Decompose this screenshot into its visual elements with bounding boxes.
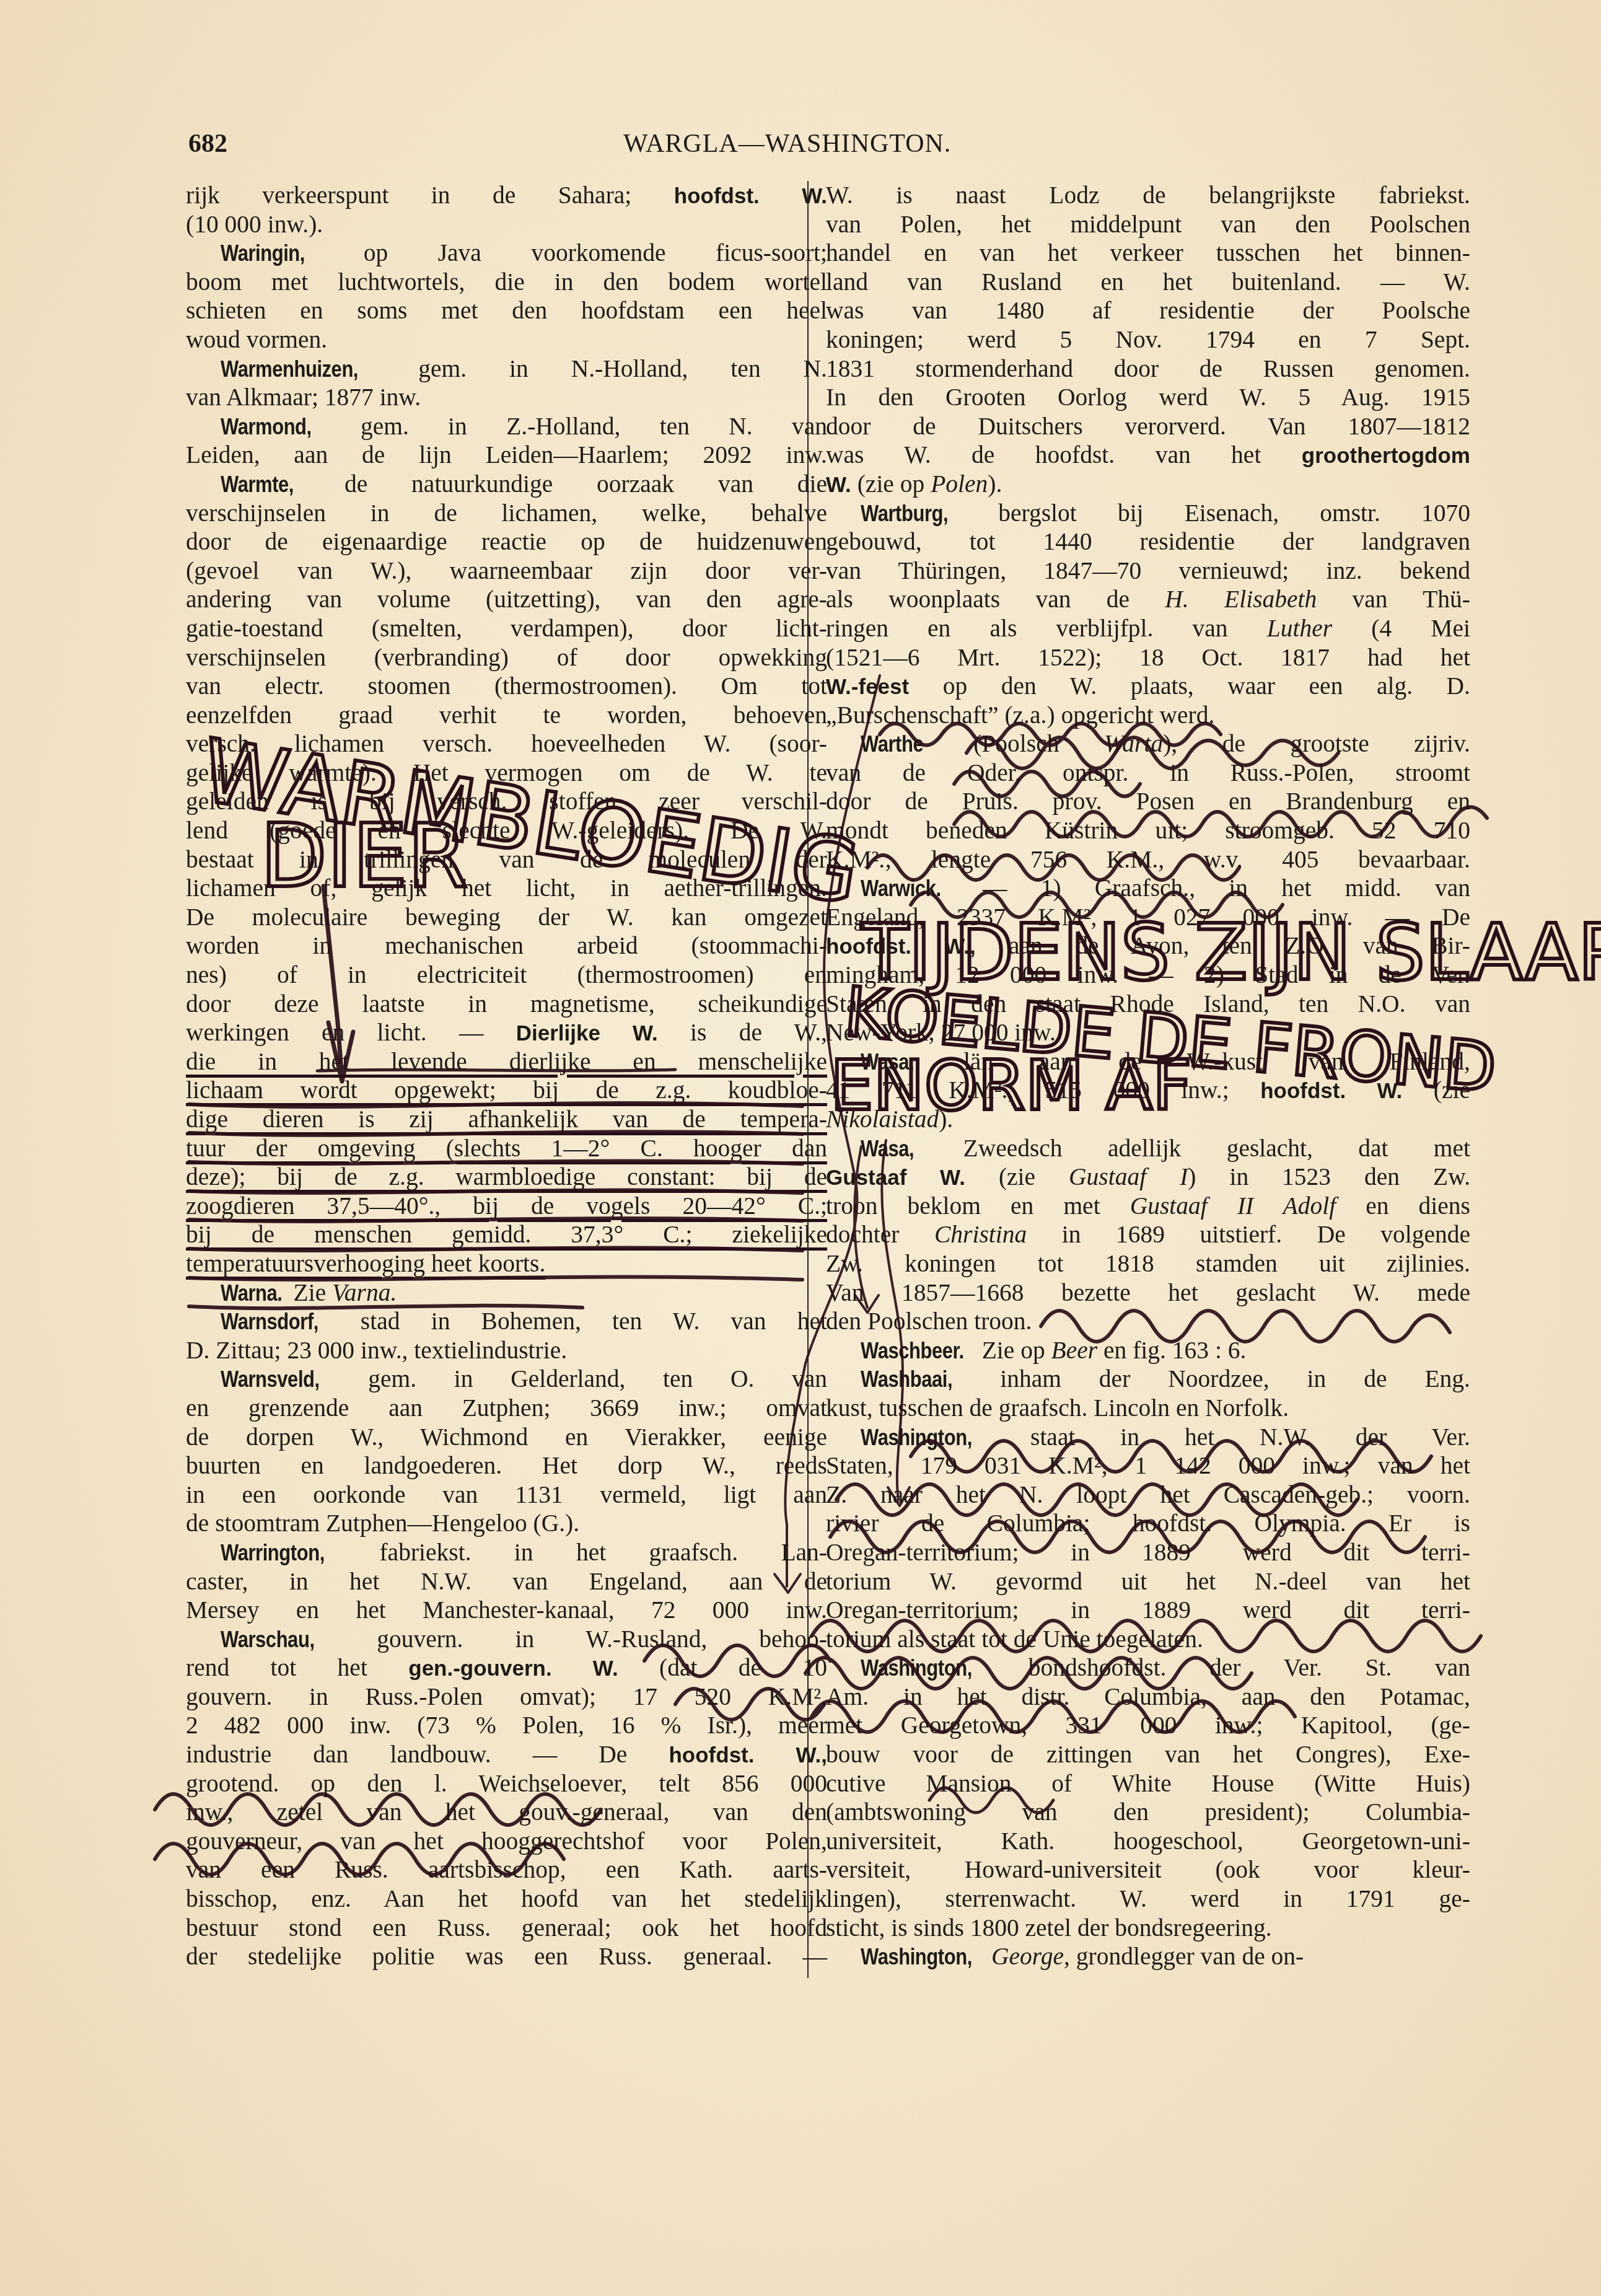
text-line: Washbaai, inham der Noordzee, in de Eng.	[826, 1365, 1470, 1394]
text-line: door de Duitschers verorverd. Van 1807—1…	[826, 412, 1470, 441]
line-text: (10 000 inw.).	[186, 211, 323, 238]
line-text: (zie op	[851, 470, 931, 498]
line-text: bouw voor de zittingen van het Congres),…	[826, 1741, 1470, 1768]
line-text: (ambtswoning van den president); Columbi…	[826, 1798, 1470, 1826]
text-line: de stoomtram Zutphen—Hengeloo (G.).	[186, 1509, 827, 1538]
line-text: als woonplaats van de	[826, 586, 1165, 613]
line-text: lend (goede en slechte W.-geleiders). De…	[186, 817, 827, 844]
line-text: zoogdieren 37,5—40°., bij de vogels 20—4…	[186, 1192, 827, 1220]
line-text: universiteit, Kath. hoogeschool, Georget…	[826, 1828, 1470, 1855]
line-text: door de Duitschers verorverd. Van 1807—1…	[826, 413, 1470, 440]
text-line: der stedelijke politie was een Russ. gen…	[186, 1942, 827, 1971]
text-line: Warna. Zie Varna.	[186, 1278, 827, 1308]
text-line: gouverneur, van het hooggerechtshof voor…	[186, 1827, 827, 1856]
entry-headword: Washbaai,	[861, 1365, 952, 1394]
text-line: universiteit, Kath. hoogeschool, Georget…	[826, 1827, 1470, 1856]
entry-headword: Washington,	[861, 1943, 972, 1972]
line-text: handel en van het verkeer tusschen het b…	[826, 239, 1470, 266]
line-text: (Poolsch	[929, 730, 1104, 757]
text-line: de dorpen W., Wichmond en Vierakker, een…	[186, 1423, 827, 1452]
italic-term: Warta	[1104, 730, 1163, 757]
line-text: lichaam wordt opgewekt; bij de z.g. koud…	[186, 1076, 827, 1104]
text-line: (gevoel van W.), waarneembaar zijn door …	[186, 556, 827, 586]
text-line: lend (goede en slechte W.-geleiders). De…	[186, 816, 827, 845]
text-line: bouw voor de zittingen van het Congres),…	[826, 1740, 1470, 1769]
text-line: mingham, 12 000 inw. — 2) Stad in de Ver…	[826, 961, 1470, 990]
line-text: door de eigenaardige reactie op de huidz…	[186, 528, 827, 555]
text-line: gebouwd, tot 1440 residentie der landgra…	[826, 527, 1470, 556]
line-text: De moleculaire beweging der W. kan omgez…	[186, 904, 827, 931]
line-text: deze); bij de z.g. warmbloedige constant…	[186, 1163, 827, 1190]
text-line: door de Pruis. prov. Posen en Brandenbur…	[826, 787, 1470, 816]
text-line: Staten, 179 031 K.M², 1 142 000 inw.; va…	[826, 1451, 1470, 1480]
text-line: den Poolschen troon.	[826, 1307, 1470, 1336]
line-text: ) in 1523 den Zw.	[1188, 1163, 1470, 1190]
text-line: van de Oder, ontspr. in Russ.-Polen, str…	[826, 759, 1470, 788]
bold-term: Dierlijke W.	[516, 1021, 658, 1045]
text-line: eenzelfden graad verhit te worden, behoe…	[186, 701, 827, 730]
text-line: tuur der omgeving (slechts 1—2° C. hooge…	[186, 1134, 827, 1163]
text-line: Z. naar het N. loopt het Cascaden-geb.; …	[826, 1480, 1470, 1510]
text-line: New-York; 27 000 inw.	[826, 1018, 1470, 1047]
text-line: Am. in het distr. Columbia, aan den Pota…	[826, 1682, 1470, 1712]
text-line: Warmte, de natuurkundige oorzaak van die	[186, 470, 827, 499]
text-line: deze); bij de z.g. warmbloedige constant…	[186, 1163, 827, 1192]
line-text: gem. in Gelderland, ten O. van	[331, 1365, 827, 1392]
line-text: buurten en landgoederen. Het dorp W., re…	[186, 1452, 827, 1479]
text-line: versch. lichamen versch. hoeveelheden W.…	[186, 729, 827, 759]
text-line: ringen en als verblijfpl. van Luther (4 …	[826, 614, 1470, 643]
text-line: Warthe (Poolsch Warta), de grootste zijr…	[826, 729, 1470, 759]
text-line: mondt beneden Küstrin uit; stroomgeb. 52…	[826, 816, 1470, 845]
text-line: 1831 stormenderhand door de Russen genom…	[826, 354, 1470, 384]
text-line: door deze laatste in magnetisme, scheiku…	[186, 990, 827, 1019]
line-text: Mersey en het Manchester-kanaal, 72 000 …	[186, 1596, 827, 1624]
text-line: Wasa, län aan de W.-kust van Finland,	[826, 1047, 1470, 1076]
line-text: troon beklom en met	[826, 1192, 1130, 1220]
text-line: Waschbeer. Zie op Beer en fig. 163 : 6.	[826, 1336, 1470, 1365]
line-text: — 1) Graafsch., in het midd. van	[949, 874, 1470, 902]
text-line: lingen), sterrenwacht. W. werd in 1791 g…	[826, 1885, 1470, 1914]
text-line: Waringin, op Java voorkomende ficus-soor…	[186, 239, 827, 268]
text-line: koningen; werd 5 Nov. 1794 en 7 Sept.	[826, 325, 1470, 354]
line-text: versiteit, Howard-universiteit (ook voor…	[826, 1856, 1470, 1883]
text-line: van electr. stoomen (thermostroomen). Om…	[186, 672, 827, 701]
line-text: torium als staat tot de Unie toegelaten.	[826, 1625, 1203, 1653]
bold-term: W.	[826, 473, 851, 497]
text-line: 2 482 000 inw. (73 % Polen, 16 % Isr.), …	[186, 1711, 827, 1740]
line-text: woud vormen.	[186, 326, 327, 353]
line-text: staat in het N.W. der Ver.	[985, 1423, 1470, 1451]
line-text: dige dieren is zij afhankelijk van de te…	[186, 1106, 827, 1133]
line-text: in een oorkonde van 1131 vermeld, ligt a…	[186, 1481, 827, 1508]
text-line: door de eigenaardige reactie op de huidz…	[186, 527, 827, 556]
line-text: Am. in het distr. Columbia, aan den Pota…	[826, 1683, 1470, 1710]
text-line: kust, tusschen de graafsch. Lincoln en N…	[826, 1394, 1470, 1423]
text-line: en grenzende aan Zutphen; 3669 inw.; omv…	[186, 1394, 827, 1423]
line-text: , grondlegger van de on-	[1064, 1943, 1304, 1970]
text-line: (10 000 inw.).	[186, 210, 827, 239]
entry-headword: Warwick.	[861, 874, 941, 904]
line-text: bestaat in trillingen van de moleculen d…	[186, 846, 827, 873]
text-line: geleiden is bij versch. stoffen zeer ver…	[186, 787, 827, 816]
line-text: die in het levende dierlijke en menschel…	[186, 1048, 827, 1075]
line-text: stad in Bohemen, ten W. van het	[330, 1308, 827, 1335]
text-line: Leiden, aan de lijn Leiden—Haarlem; 2092…	[186, 441, 827, 470]
line-text: in 1689 uitstierf. De volgende	[1027, 1221, 1470, 1248]
text-line: „Burschenschaft” (z.a.) opgericht werd.	[826, 701, 1470, 730]
text-line: handel en van het verkeer tusschen het b…	[826, 239, 1470, 268]
line-text: verschijnselen (verbranding) of door opw…	[186, 644, 827, 671]
entry-headword: Wartburg,	[861, 499, 948, 529]
italic-term: Christina	[934, 1221, 1027, 1248]
italic-term: Beer	[1051, 1337, 1098, 1364]
entry-headword: Warmond,	[221, 413, 312, 442]
text-line: sticht, is sinds 1800 zetel der bondsreg…	[826, 1914, 1470, 1943]
line-text: land van Rusland en het buitenland. — W.	[826, 268, 1470, 296]
line-text: en fig. 163 : 6.	[1097, 1337, 1246, 1364]
line-text: op den W. plaats, waar een alg. D.	[909, 672, 1470, 700]
line-text: fabriekst. in het graafsch. Lan-	[336, 1539, 827, 1566]
line-text: industrie dan landbouw. — De	[186, 1741, 669, 1768]
line-text: van Polen, het middelpunt van den Poolsc…	[826, 211, 1470, 238]
text-line: Mersey en het Manchester-kanaal, 72 000 …	[186, 1596, 827, 1625]
text-line: buurten en landgoederen. Het dorp W., re…	[186, 1451, 827, 1480]
text-line: Van 1857—1668 bezette het geslacht W. me…	[826, 1278, 1470, 1308]
text-line: zoogdieren 37,5—40°., bij de vogels 20—4…	[186, 1192, 827, 1221]
text-line: grootend. op den l. Weichseloever, telt …	[186, 1769, 827, 1798]
text-line: Warnsveld, gem. in Gelderland, ten O. va…	[186, 1365, 827, 1394]
line-text: bondshoofdst. der Ver. St. van	[985, 1654, 1470, 1681]
line-text: D. Zittau; 23 000 inw., textielindustrie…	[186, 1337, 567, 1364]
text-line: De moleculaire beweging der W. kan omgez…	[186, 903, 827, 932]
text-line: die in het levende dierlijke en menschel…	[186, 1047, 827, 1076]
line-text: Zweedsch adellijk geslacht, dat met	[918, 1135, 1470, 1162]
italic-term: Gustaaf II Adolf	[1130, 1192, 1336, 1220]
text-line: cutive Mansion of White House (Witte Hui…	[826, 1769, 1470, 1798]
text-line: Oregan-territorium; in 1889 werd dit ter…	[826, 1538, 1470, 1567]
text-line: inw., zetel van het gouv.-generaal, van …	[186, 1798, 827, 1827]
line-text: (zie	[965, 1163, 1069, 1190]
text-line: Warmenhuizen, gem. in N.-Holland, ten N.	[186, 354, 827, 384]
line-text: gouverneur, van het hooggerechtshof voor…	[186, 1828, 827, 1855]
text-line: Oregan-territorium; in 1889 werd dit ter…	[826, 1596, 1470, 1625]
bold-term: Gustaaf W.	[826, 1166, 965, 1190]
bold-term: gen.-gouvern. W.	[408, 1656, 618, 1681]
line-text: temperatuursverhooging heet koorts.	[186, 1250, 545, 1277]
entry-headword: Warna.	[221, 1279, 282, 1308]
line-text: gouvern. in W.-Rusland, behoo-	[325, 1625, 827, 1653]
line-text: gatie-toestand (smelten, verdampen), doo…	[186, 615, 827, 642]
text-line: Warschau, gouvern. in W.-Rusland, behoo-	[186, 1625, 827, 1654]
bold-term: hoofdst. W.,	[826, 935, 976, 959]
text-line: rivier de Columbia; hoofdst. Olympia. Er…	[826, 1509, 1470, 1538]
text-line: gouvern. in Russ.-Polen omvat); 17 520 K…	[186, 1682, 827, 1712]
line-text: boom met luchtwortels, die in den bodem …	[186, 268, 827, 296]
italic-term: H. Elisabeth	[1165, 586, 1317, 613]
text-line: caster, in het N.W. van Engeland, aan de	[186, 1567, 827, 1596]
text-line: was van 1480 af residentie der Poolsche	[826, 296, 1470, 325]
text-line: van Alkmaar; 1877 inw.	[186, 383, 827, 412]
bold-term: hoofdst. W.	[674, 184, 827, 208]
line-text: Van 1857—1668 bezette het geslacht W. me…	[826, 1279, 1470, 1306]
line-text: inw., zetel van het gouv.-generaal, van …	[186, 1798, 827, 1826]
line-text: „Burschenschaft” (z.a.) opgericht werd.	[826, 702, 1214, 729]
line-text: versch. lichamen versch. hoeveelheden W.…	[186, 730, 827, 757]
text-line: D. Zittau; 23 000 inw., textielindustrie…	[186, 1336, 827, 1365]
text-line: bisschop, enz. Aan het hoofd van het ste…	[186, 1885, 827, 1914]
text-line: als woonplaats van de H. Elisabeth van T…	[826, 585, 1470, 614]
line-text: W. is naast Lodz de belangrijkste fabrie…	[826, 182, 1470, 209]
line-text: bestuur stond een Russ. generaal; ook he…	[186, 1914, 827, 1942]
line-text: Oregan-territorium; in 1889 werd dit ter…	[826, 1596, 1470, 1624]
line-text: (gevoel van W.), waarneembaar zijn door …	[186, 557, 827, 584]
line-text: eenzelfden graad verhit te worden, behoe…	[186, 702, 827, 729]
italic-term: Polen	[931, 470, 988, 498]
text-line: torium als staat tot de Unie toegelaten.	[826, 1625, 1470, 1654]
line-text: den Poolschen troon.	[826, 1308, 1032, 1335]
line-text: bergslot bij Eisenach, omstr. 1070	[957, 499, 1470, 527]
line-text: 1831 stormenderhand door de Russen genom…	[826, 355, 1470, 382]
line-text: der stedelijke politie was een Russ. gen…	[186, 1943, 827, 1970]
line-text: K.M².; lengte 756 K.M., w.v. 405 bevaarb…	[826, 846, 1470, 873]
entry-headword: Warschau,	[221, 1625, 315, 1655]
line-text: koningen; werd 5 Nov. 1794 en 7 Sept.	[826, 326, 1470, 353]
text-line: van Polen, het middelpunt van den Poolsc…	[826, 210, 1470, 239]
line-text: door de Pruis. prov. Posen en Brandenbur…	[826, 788, 1470, 815]
text-line: van een Russ. aartsbisschop, een Kath. a…	[186, 1855, 827, 1885]
line-text: Leiden, aan de lijn Leiden—Haarlem; 2092…	[186, 441, 827, 468]
text-line: bij de menschen gemidd. 37,3° C.; ziekel…	[186, 1220, 827, 1249]
line-text: ringen en als verblijfpl. van	[826, 615, 1267, 642]
line-text: dochter	[826, 1221, 934, 1248]
text-line: verschijnselen in de lichamen, welke, be…	[186, 499, 827, 528]
text-line: Engeland, 2337 K.M², 1 027 000 inw. — De	[826, 903, 1470, 932]
left-column: rijk verkeerspunt in de Sahara; hoofdst.…	[186, 181, 827, 1971]
line-text: Z. naar het N. loopt het Cascaden-geb.; …	[826, 1481, 1470, 1508]
bold-term: hoofdst. W.,	[669, 1743, 827, 1767]
line-text: cutive Mansion of White House (Witte Hui…	[826, 1770, 1470, 1797]
line-text: ).	[988, 470, 1002, 498]
text-line: temperatuursverhooging heet koorts.	[186, 1249, 827, 1278]
line-text: caster, in het N.W. van Engeland, aan de	[186, 1568, 827, 1595]
line-text: (dat de 10	[618, 1654, 827, 1681]
line-text: was W. de hoofdst. van het	[826, 441, 1302, 468]
text-line: Warmond, gem. in Z.-Holland, ten N. van	[186, 412, 827, 441]
italic-term: Varna.	[332, 1279, 397, 1306]
text-line: (ambtswoning van den president); Columbi…	[826, 1798, 1470, 1827]
text-line: 41 711 K.M²., 515 000 inw.; hoofdst. W. …	[826, 1076, 1470, 1105]
entry-headword: Warthe	[861, 730, 923, 759]
line-text: geleiden is bij versch. stoffen zeer ver…	[186, 788, 827, 815]
line-text: lichamen of, gelijk het licht, in aether…	[186, 874, 827, 902]
line-text: rivier de Columbia; hoofdst. Olympia. Er…	[826, 1510, 1470, 1537]
text-line: verschijnselen (verbranding) of door opw…	[186, 643, 827, 672]
line-text: tuur der omgeving (slechts 1—2° C. hooge…	[186, 1135, 827, 1162]
line-text: is de W.,	[658, 1019, 827, 1046]
line-text: (1521—6 Mrt. 1522); 18 Oct. 1817 had het	[826, 644, 1470, 671]
line-text: sticht, is sinds 1800 zetel der bondsreg…	[826, 1914, 1272, 1942]
text-line: dige dieren is zij afhankelijk van de te…	[186, 1105, 827, 1134]
line-text: New-York; 27 000 inw.	[826, 1019, 1056, 1046]
line-text: en grenzende aan Zutphen; 3669 inw.; omv…	[186, 1394, 827, 1422]
line-text: de stoomtram Zutphen—Hengeloo (G.).	[186, 1510, 579, 1537]
text-line: Warrington, fabriekst. in het graafsch. …	[186, 1538, 827, 1567]
entry-headword: Washington,	[861, 1654, 972, 1683]
line-text: gem. in Z.-Holland, ten N. van	[322, 413, 827, 440]
text-line: rend tot het gen.-gouvern. W. (dat de 10	[186, 1653, 827, 1682]
text-line: woud vormen.	[186, 325, 827, 354]
line-text: ).	[939, 1106, 953, 1133]
line-text: Staten, in den staat Rhode Island, ten N…	[826, 990, 1470, 1018]
line-text: met Georgetown, 331 000 inw.; Kapitool, …	[826, 1712, 1470, 1739]
text-line: W. is naast Lodz de belangrijkste fabrie…	[826, 181, 1470, 210]
line-text: In den Grooten Oorlog werd W. 5 Aug. 191…	[826, 384, 1470, 411]
line-text: 2 482 000 inw. (73 % Polen, 16 % Isr.), …	[186, 1712, 827, 1739]
text-line: Washington, bondshoofdst. der Ver. St. v…	[826, 1653, 1470, 1682]
text-line: Wartburg, bergslot bij Eisenach, omstr. …	[826, 499, 1470, 528]
line-text: grootend. op den l. Weichseloever, telt …	[186, 1770, 827, 1797]
entry-headword: Waringin,	[221, 239, 305, 268]
line-text: mondt beneden Küstrin uit; stroomgeb. 52…	[826, 817, 1470, 844]
line-text: gouvern. in Russ.-Polen omvat); 17 520 K…	[186, 1683, 827, 1710]
line-text: op Java voorkomende ficus-soort;	[314, 239, 827, 266]
line-text: door deze laatste in magnetisme, scheiku…	[186, 990, 827, 1018]
text-line: Warwick. — 1) Graafsch., in het midd. va…	[826, 874, 1470, 903]
line-text: van Thüringen, 1847—70 vernieuwd; inz. b…	[826, 557, 1470, 584]
text-line: Staten, in den staat Rhode Island, ten N…	[826, 990, 1470, 1019]
bold-term: W.-feest	[826, 675, 909, 699]
italic-term: Nikolaistad	[826, 1106, 939, 1133]
text-line: was W. de hoofdst. van het groothertogdo…	[826, 441, 1470, 470]
text-line: bestuur stond een Russ. generaal; ook he…	[186, 1914, 827, 1943]
text-line: K.M².; lengte 756 K.M., w.v. 405 bevaarb…	[826, 845, 1470, 874]
text-line: werkingen en licht. — Dierlijke W. is de…	[186, 1018, 827, 1047]
line-text: Zie op	[976, 1337, 1051, 1364]
line-text: Oregan-territorium; in 1889 werd dit ter…	[826, 1539, 1470, 1566]
line-text: worden in mechanischen arbeid (stoommach…	[186, 932, 827, 959]
text-line: Washington, George, grondlegger van de o…	[826, 1942, 1470, 1971]
entry-headword: Warnsveld,	[221, 1365, 320, 1394]
line-text: gem. in N.-Holland, ten N.	[375, 355, 827, 382]
line-text: werkingen en licht. —	[186, 1019, 516, 1046]
line-text: rijk verkeerspunt in de Sahara;	[186, 182, 674, 209]
text-line: W.-feest op den W. plaats, waar een alg.…	[826, 672, 1470, 701]
page-number: 682	[188, 129, 227, 159]
line-text: nes) of in electriciteit (thermostroomen…	[186, 961, 827, 988]
line-text: Zie	[287, 1279, 332, 1306]
text-line: schieten en soms met den hoofdstam een h…	[186, 296, 827, 325]
text-line: Washington, staat in het N.W. der Ver.	[826, 1423, 1470, 1452]
bold-term: groothertogdom	[1302, 444, 1470, 468]
text-line: hoofdst. W., aan de Avon, ten Z.O. van B…	[826, 931, 1470, 961]
line-text: verschijnselen in de lichamen, welke, be…	[186, 499, 827, 527]
text-line: in een oorkonde van 1131 vermeld, ligt a…	[186, 1480, 827, 1510]
line-text: van de Oder, ontspr. in Russ.-Polen, str…	[826, 759, 1470, 786]
entry-headword: Washington,	[861, 1423, 972, 1453]
entry-headword: Warmenhuizen,	[221, 355, 358, 384]
italic-term: George	[991, 1943, 1064, 1970]
text-line: Gustaaf W. (zie Gustaaf I) in 1523 den Z…	[826, 1163, 1470, 1192]
text-line: W. (zie op Polen).	[826, 470, 1470, 499]
entry-headword: Warmte,	[221, 470, 294, 499]
line-text: (zie	[1402, 1076, 1470, 1104]
line-text: gebouwd, tot 1440 residentie der landgra…	[826, 528, 1470, 555]
line-text: van Alkmaar; 1877 inw.	[186, 384, 421, 411]
line-text: inham der Noordzee, in de Eng.	[962, 1365, 1470, 1392]
line-text: de natuurkundige oorzaak van die	[300, 470, 827, 498]
entry-headword: Waschbeer.	[861, 1337, 964, 1366]
entry-headword: Wasa,	[861, 1135, 914, 1164]
text-line: gelijke warmte). Het vermogen om de W. t…	[186, 759, 827, 788]
line-text: Staten, 179 031 K.M², 1 142 000 inw.; va…	[826, 1452, 1470, 1479]
text-line: lichaam wordt opgewekt; bij de z.g. koud…	[186, 1076, 827, 1105]
text-line: Wasa, Zweedsch adellijk geslacht, dat me…	[826, 1134, 1470, 1163]
text-line: versiteit, Howard-universiteit (ook voor…	[826, 1855, 1470, 1885]
line-text: bisschop, enz. Aan het hoofd van het ste…	[186, 1885, 827, 1912]
text-line: van Thüringen, 1847—70 vernieuwd; inz. b…	[826, 556, 1470, 586]
line-text: Zw. koningen tot 1818 stamden uit zijlin…	[826, 1250, 1470, 1277]
text-line: torium W. gevormd uit het N.-deel van he…	[826, 1567, 1470, 1596]
line-text: schieten en soms met den hoofdstam een h…	[186, 297, 827, 324]
text-line: rijk verkeerspunt in de Sahara; hoofdst.…	[186, 181, 827, 210]
text-line: Warnsdorf, stad in Bohemen, ten W. van h…	[186, 1307, 827, 1336]
line-text: bij de menschen gemidd. 37,3° C.; ziekel…	[186, 1221, 827, 1248]
line-text: andering van volume (uitzetting), van de…	[186, 586, 827, 613]
column-divider	[807, 181, 809, 1978]
text-line: boom met luchtwortels, die in den bodem …	[186, 268, 827, 297]
entry-headword: Warnsdorf,	[221, 1308, 318, 1337]
line-text: gelijke warmte). Het vermogen om de W. t…	[186, 759, 827, 786]
line-text: van electr. stoomen (thermostroomen). Om…	[186, 672, 827, 700]
entry-headword: Warrington,	[221, 1539, 325, 1568]
text-line: gatie-toestand (smelten, verdampen), doo…	[186, 614, 827, 643]
line-text: van een Russ. aartsbisschop, een Kath. a…	[186, 1856, 827, 1883]
text-line: In den Grooten Oorlog werd W. 5 Aug. 191…	[826, 383, 1470, 412]
text-line: worden in mechanischen arbeid (stoommach…	[186, 931, 827, 961]
line-text: mingham, 12 000 inw. — 2) Stad in de Ver…	[826, 961, 1470, 988]
text-line: (1521—6 Mrt. 1522); 18 Oct. 1817 had het	[826, 643, 1470, 672]
running-head: WARGLA—WASHINGTON.	[623, 129, 951, 159]
text-line: lichamen of, gelijk het licht, in aether…	[186, 874, 827, 903]
line-text: de dorpen W., Wichmond en Vierakker, een…	[186, 1423, 827, 1451]
line-text: Engeland, 2337 K.M², 1 027 000 inw. — De	[826, 904, 1470, 931]
text-line: andering van volume (uitzetting), van de…	[186, 585, 827, 614]
line-text: 41 711 K.M²., 515 000 inw.;	[826, 1076, 1260, 1104]
line-text: ), de grootste zijriv.	[1163, 730, 1470, 757]
line-text: kust, tusschen de graafsch. Lincoln en N…	[826, 1394, 1289, 1422]
text-line: Nikolaistad).	[826, 1105, 1470, 1134]
text-line: dochter Christina in 1689 uitstierf. De …	[826, 1220, 1470, 1249]
entry-headword: Wasa,	[861, 1048, 914, 1077]
line-text: van Thü-	[1317, 586, 1470, 613]
text-line: met Georgetown, 331 000 inw.; Kapitool, …	[826, 1711, 1470, 1740]
line-text: en diens	[1336, 1192, 1470, 1220]
text-line: nes) of in electriciteit (thermostroomen…	[186, 961, 827, 990]
line-text: rend tot het	[186, 1654, 408, 1681]
text-line: bestaat in trillingen van de moleculen d…	[186, 845, 827, 874]
line-text: aan de Avon, ten Z.O. van Bir-	[976, 932, 1470, 959]
line-text: län aan de W.-kust van Finland,	[918, 1048, 1470, 1075]
line-text: lingen), sterrenwacht. W. werd in 1791 g…	[826, 1885, 1470, 1912]
line-text: torium W. gevormd uit het N.-deel van he…	[826, 1568, 1470, 1595]
text-line: industrie dan landbouw. — De hoofdst. W.…	[186, 1740, 827, 1769]
italic-term: Luther	[1267, 615, 1332, 642]
line-text: was van 1480 af residentie der Poolsche	[826, 297, 1470, 324]
bold-term: hoofdst. W.	[1260, 1079, 1402, 1103]
italic-term: Gustaaf I	[1069, 1163, 1188, 1190]
right-column: W. is naast Lodz de belangrijkste fabrie…	[826, 181, 1470, 1971]
